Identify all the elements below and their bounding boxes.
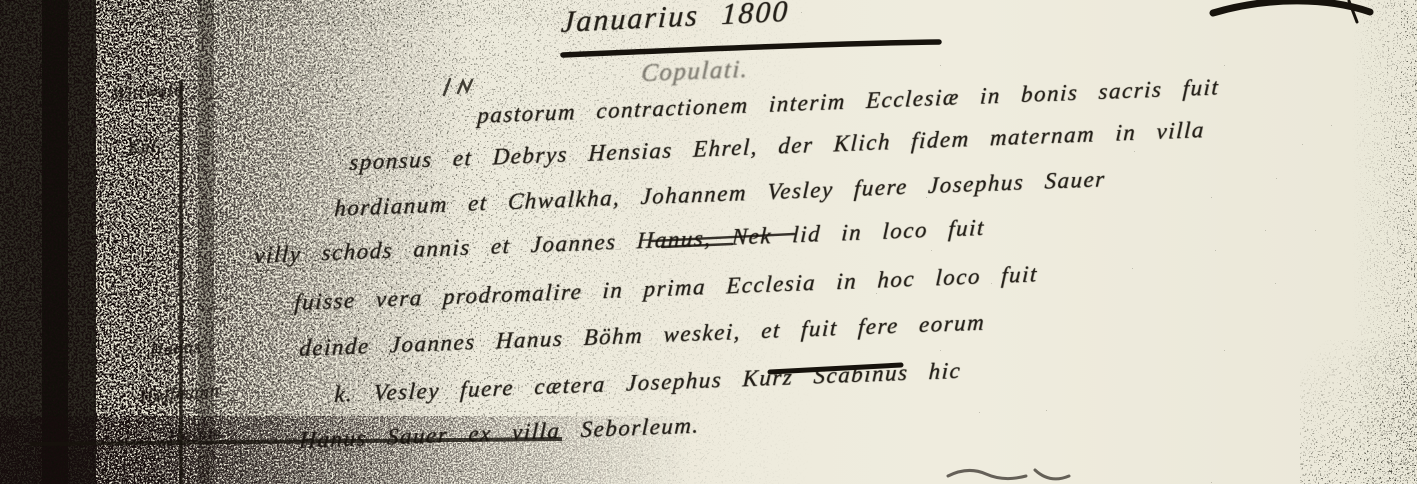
margin-note: Wittwald xyxy=(112,79,184,105)
margin-note: Hainm xyxy=(168,422,222,447)
manuscript-line: Hanus Sauer ex villa Seborleum. xyxy=(299,413,701,454)
manuscript-line: fuisse vera prodromalire in prima Eccles… xyxy=(294,261,1039,316)
handwriting-layer: Januarius 1800 Copulati. pastorum contra… xyxy=(0,0,1417,484)
manuscript-line: hordianum et Chwalkha, Johannem Vesley f… xyxy=(334,166,1107,222)
manuscript-line: villy schods annis et Joannes Hanus, Nek… xyxy=(254,215,986,269)
manuscript-line: deinde Joannes Hanus Böhm weskei, et fui… xyxy=(299,310,986,362)
section-heading-copulati: Copulati. xyxy=(641,56,750,88)
manuscript-line: k. Vesley fuere cætera Josephus Kurz Sca… xyxy=(334,358,962,408)
margin-note: Hanus xyxy=(150,336,202,361)
margin-note: Hoffmann xyxy=(140,380,220,407)
month-year-heading: Januarius 1800 xyxy=(560,0,790,40)
margin-note: Kal. xyxy=(128,136,162,159)
scanned-register-page: Januarius 1800 Copulati. pastorum contra… xyxy=(0,0,1417,484)
